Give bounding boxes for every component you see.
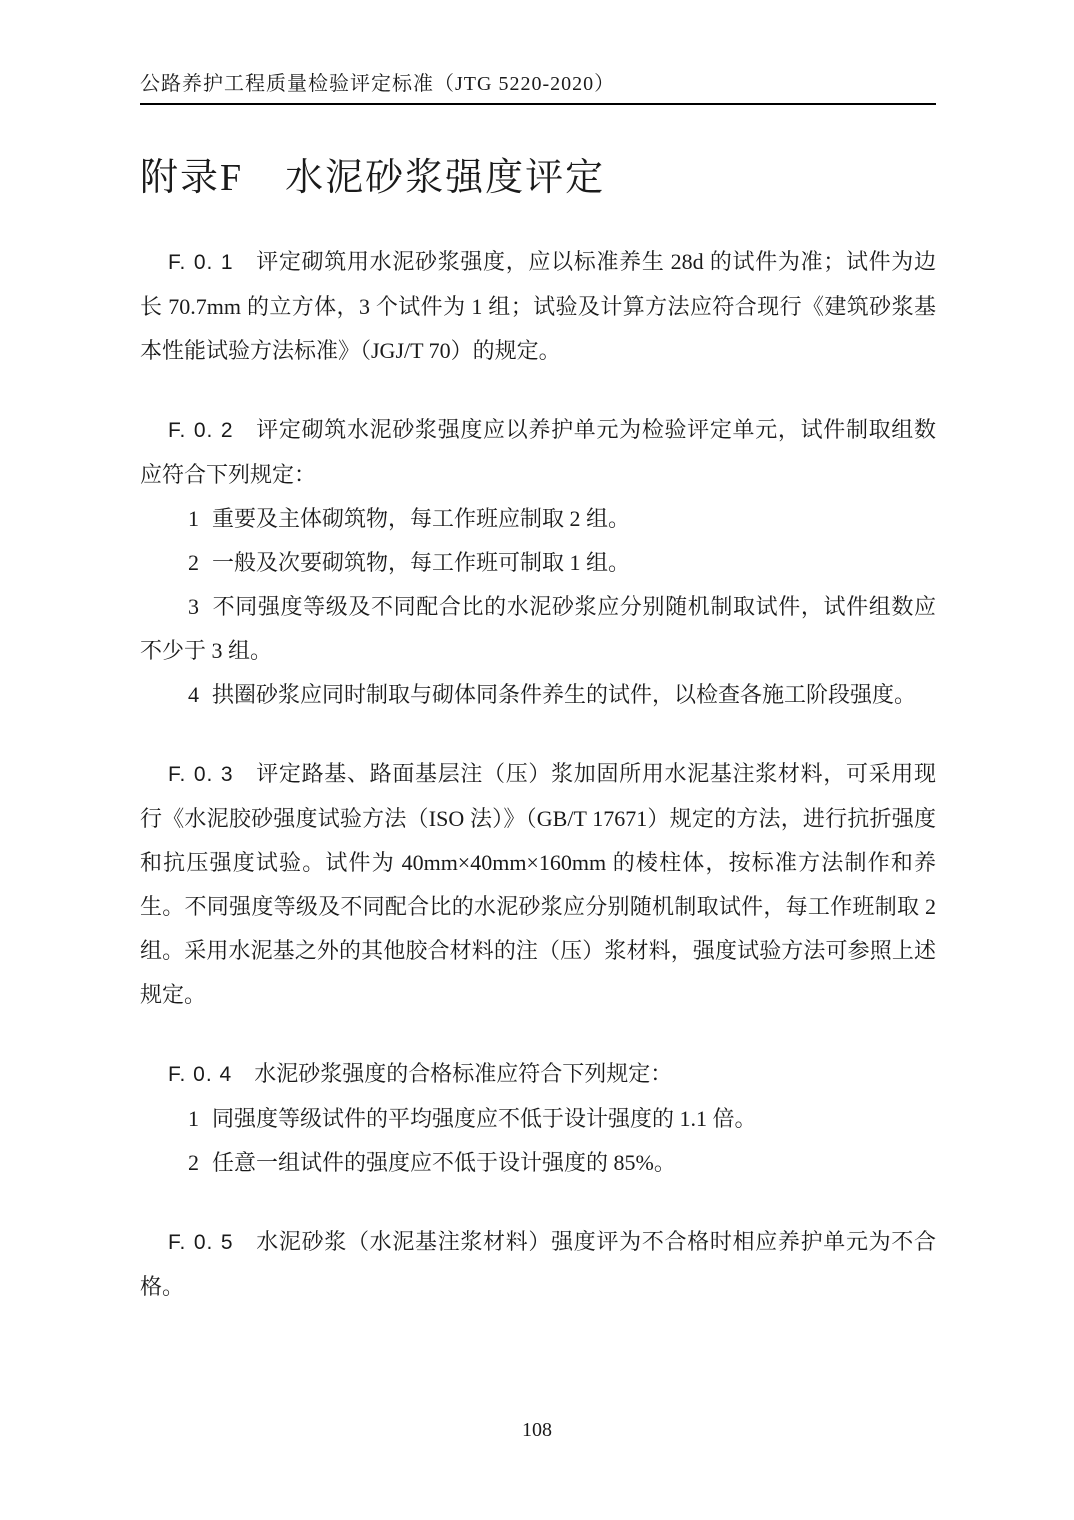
clause-item: 2一般及次要砌筑物，每工作班可制取 1 组。 xyxy=(140,541,936,585)
clause-paragraph: F. 0. 3评定路基、路面基层注（压）浆加固所用水泥基注浆材料，可采用现行《水… xyxy=(140,752,936,1017)
clause-number: F. 0. 1 xyxy=(168,251,234,274)
document-page: 公路养护工程质量检验评定标准（JTG 5220-2020） 附录F水泥砂浆强度评… xyxy=(0,0,1074,1520)
clause-f0-4: F. 0. 4水泥砂浆强度的合格标准应符合下列规定： 1同强度等级试件的平均强度… xyxy=(140,1052,936,1185)
item-text: 任意一组试件的强度应不低于设计强度的 85%。 xyxy=(212,1150,676,1175)
appendix-title: 附录F水泥砂浆强度评定 xyxy=(140,155,936,201)
clause-item: 2任意一组试件的强度应不低于设计强度的 85%。 xyxy=(140,1141,936,1185)
clause-f0-1: F. 0. 1评定砌筑用水泥砂浆强度，应以标准养生 28d 的试件为准；试件为边… xyxy=(140,240,936,373)
appendix-title-label: 附录F xyxy=(140,157,243,199)
item-text: 重要及主体砌筑物，每工作班应制取 2 组。 xyxy=(212,506,630,531)
clause-number: F. 0. 2 xyxy=(168,419,234,442)
item-number: 2 xyxy=(188,550,199,575)
clause-paragraph: F. 0. 1评定砌筑用水泥砂浆强度，应以标准养生 28d 的试件为准；试件为边… xyxy=(140,240,936,373)
clause-item: 1重要及主体砌筑物，每工作班应制取 2 组。 xyxy=(140,497,936,541)
item-number: 4 xyxy=(188,682,199,707)
clause-item: 4拱圈砂浆应同时制取与砌体同条件养生的试件，以检查各施工阶段强度。 xyxy=(140,673,936,717)
clause-text: 评定砌筑用水泥砂浆强度，应以标准养生 28d 的试件为准；试件为边长 70.7m… xyxy=(140,249,936,363)
clause-text: 评定砌筑水泥砂浆强度应以养护单元为检验评定单元，试件制取组数应符合下列规定： xyxy=(140,417,936,487)
item-text: 拱圈砂浆应同时制取与砌体同条件养生的试件，以检查各施工阶段强度。 xyxy=(212,682,916,707)
clause-paragraph: F. 0. 2评定砌筑水泥砂浆强度应以养护单元为检验评定单元，试件制取组数应符合… xyxy=(140,408,936,497)
item-number: 3 xyxy=(188,594,199,619)
page-content: 公路养护工程质量检验评定标准（JTG 5220-2020） 附录F水泥砂浆强度评… xyxy=(140,0,936,1309)
item-number: 1 xyxy=(188,1106,199,1131)
item-text: 不同强度等级及不同配合比的水泥砂浆应分别随机制取试件，试件组数应不少于 3 组。 xyxy=(140,594,936,663)
clause-paragraph: F. 0. 4水泥砂浆强度的合格标准应符合下列规定： xyxy=(140,1052,936,1097)
clause-number: F. 0. 4 xyxy=(168,1063,232,1086)
running-header-text: 公路养护工程质量检验评定标准（JTG 5220-2020） xyxy=(140,71,936,97)
clause-f0-3: F. 0. 3评定路基、路面基层注（压）浆加固所用水泥基注浆材料，可采用现行《水… xyxy=(140,752,936,1017)
page-number: 108 xyxy=(0,1418,1074,1442)
item-text: 一般及次要砌筑物，每工作班可制取 1 组。 xyxy=(212,550,630,575)
clause-item: 1同强度等级试件的平均强度应不低于设计强度的 1.1 倍。 xyxy=(140,1097,936,1141)
item-text: 同强度等级试件的平均强度应不低于设计强度的 1.1 倍。 xyxy=(212,1106,757,1131)
clause-number: F. 0. 5 xyxy=(168,1231,234,1254)
clause-text: 评定路基、路面基层注（压）浆加固所用水泥基注浆材料，可采用现行《水泥胶砂强度试验… xyxy=(140,761,936,1007)
clause-f0-5: F. 0. 5水泥砂浆（水泥基注浆材料）强度评为不合格时相应养护单元为不合格。 xyxy=(140,1220,936,1309)
item-number: 1 xyxy=(188,506,199,531)
header-rule xyxy=(140,103,936,105)
clause-f0-2: F. 0. 2评定砌筑水泥砂浆强度应以养护单元为检验评定单元，试件制取组数应符合… xyxy=(140,408,936,717)
clause-text: 水泥砂浆（水泥基注浆材料）强度评为不合格时相应养护单元为不合格。 xyxy=(140,1229,936,1299)
running-header: 公路养护工程质量检验评定标准（JTG 5220-2020） xyxy=(140,0,936,105)
clause-number: F. 0. 3 xyxy=(168,763,234,786)
item-number: 2 xyxy=(188,1150,199,1175)
clause-paragraph: F. 0. 5水泥砂浆（水泥基注浆材料）强度评为不合格时相应养护单元为不合格。 xyxy=(140,1220,936,1309)
clause-item: 3不同强度等级及不同配合比的水泥砂浆应分别随机制取试件，试件组数应不少于 3 组… xyxy=(140,585,936,673)
clause-text: 水泥砂浆强度的合格标准应符合下列规定： xyxy=(254,1061,672,1086)
appendix-title-text: 水泥砂浆强度评定 xyxy=(285,157,605,199)
